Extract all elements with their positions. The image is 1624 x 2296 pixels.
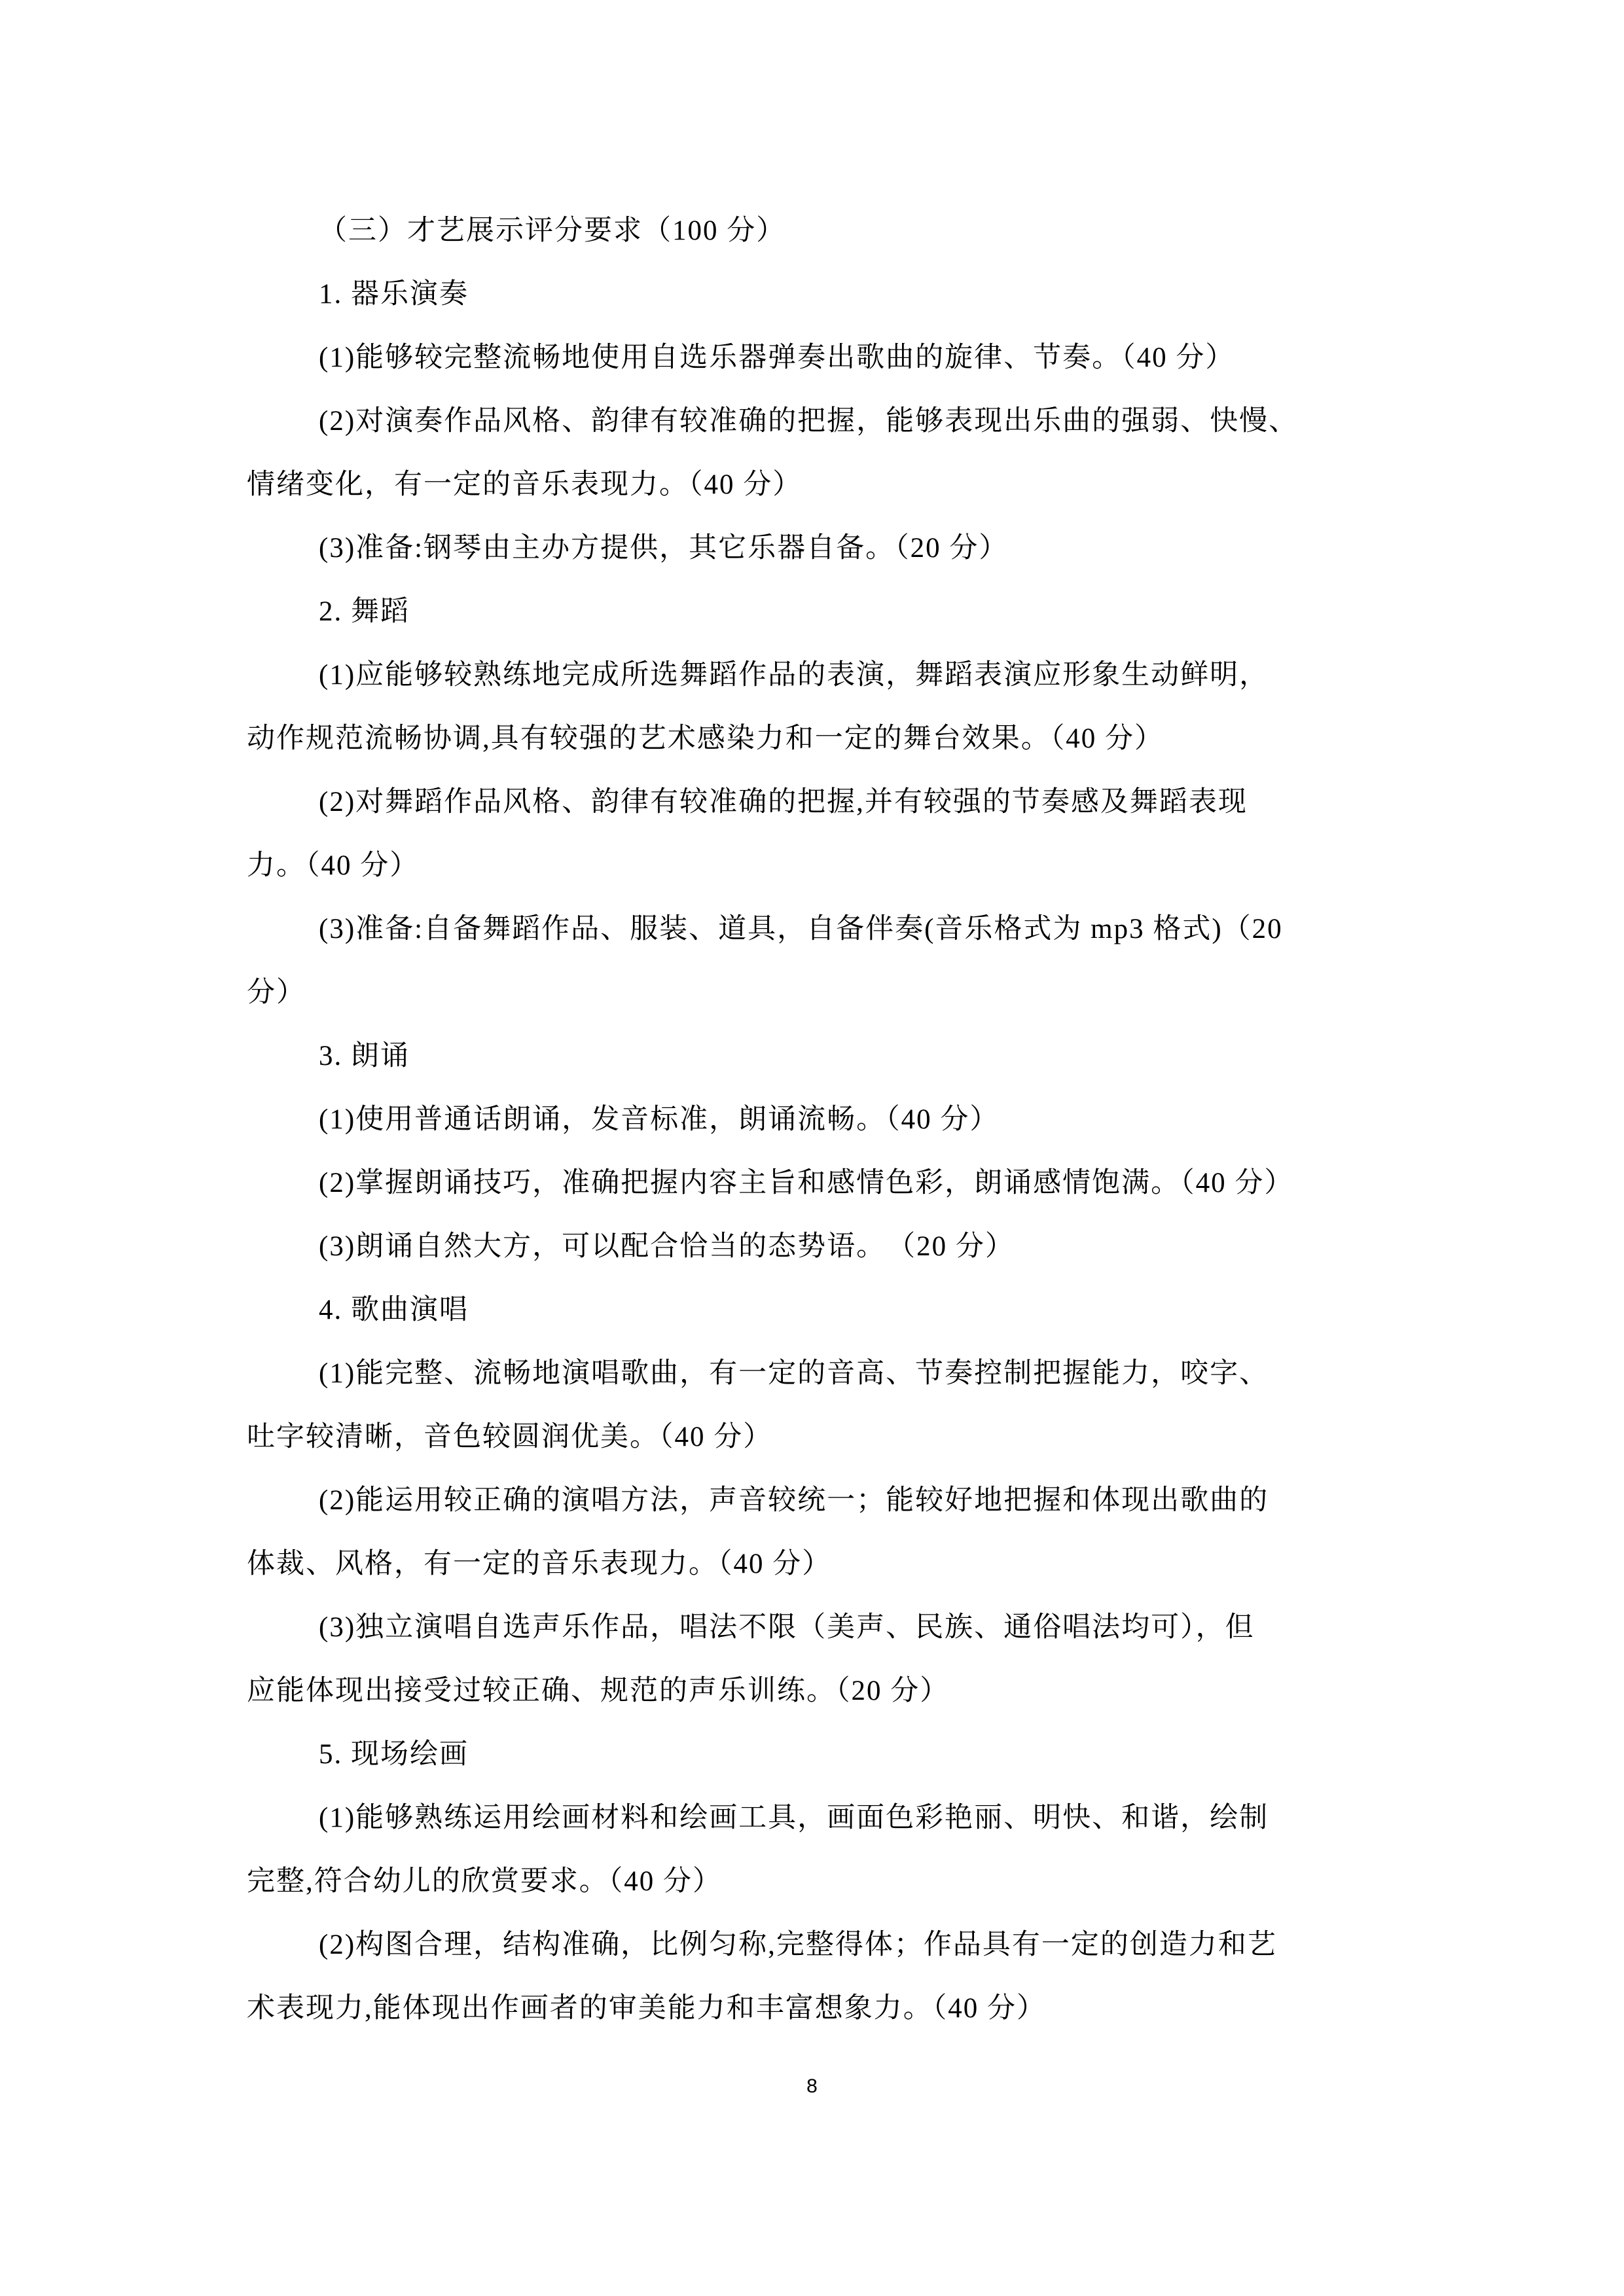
criterion-recitation-1: (1)使用普通话朗诵，发音标准，朗诵流畅。（40 分） xyxy=(319,1100,999,1139)
criterion-painting-1-line1: (1)能够熟练运用绘画材料和绘画工具，画面色彩艳丽、明快、和谐，绘制 xyxy=(319,1799,1269,1838)
criterion-dance-1-line1: (1)应能够较熟练地完成所选舞蹈作品的表演，舞蹈表演应形象生动鲜明， xyxy=(319,656,1269,695)
section-title: （三）才艺展示评分要求（100 分） xyxy=(319,211,785,251)
criterion-dance-2-line1: (2)对舞蹈作品风格、韵律有较准确的把握,并有较强的节奏感及舞蹈表现 xyxy=(319,783,1248,822)
subsection-heading-singing: 4. 歌曲演唱 xyxy=(319,1291,469,1330)
criterion-singing-2-line2: 体裁、风格，有一定的音乐表现力。（40 分） xyxy=(247,1545,831,1584)
subsection-heading-dance: 2. 舞蹈 xyxy=(319,592,410,632)
criterion-instrumental-2-line2: 情绪变化，有一定的音乐表现力。（40 分） xyxy=(247,465,802,505)
criterion-painting-2-line1: (2)构图合理，结构准确，比例匀称,完整得体；作品具有一定的创造力和艺 xyxy=(319,1926,1277,1965)
criterion-singing-3-line2: 应能体现出接受过较正确、规范的声乐训练。（20 分） xyxy=(247,1672,949,1711)
subsection-heading-painting: 5. 现场绘画 xyxy=(319,1735,469,1774)
criterion-dance-3-line1: (3)准备:自备舞蹈作品、服装、道具，自备伴奏(音乐格式为 mp3 格式)（20 xyxy=(319,910,1283,949)
subsection-heading-recitation: 3. 朗诵 xyxy=(319,1037,410,1076)
criterion-painting-1-line2: 完整,符合幼儿的欣赏要求。（40 分） xyxy=(247,1862,722,1901)
criterion-dance-1-line2: 动作规范流畅协调,具有较强的艺术感染力和一定的舞台效果。（40 分） xyxy=(247,719,1164,759)
subsection-heading-instrumental: 1. 器乐演奏 xyxy=(319,275,469,314)
criterion-recitation-2: (2)掌握朗诵技巧，准确把握内容主旨和感情色彩，朗诵感情饱满。（40 分） xyxy=(319,1164,1293,1203)
criterion-instrumental-2-line1: (2)对演奏作品风格、韵律有较准确的把握，能够表现出乐曲的强弱、快慢、 xyxy=(319,402,1298,441)
criterion-dance-3-line2: 分） xyxy=(247,973,306,1013)
criterion-singing-3-line1: (3)独立演唱自选声乐作品，唱法不限（美声、民族、通俗唱法均可），但 xyxy=(319,1608,1255,1647)
page-number: 8 xyxy=(0,2073,1624,2100)
criterion-singing-1-line1: (1)能完整、流畅地演唱歌曲，有一定的音高、节奏控制把握能力，咬字、 xyxy=(319,1354,1269,1393)
criterion-painting-2-line2: 术表现力,能体现出作画者的审美能力和丰富想象力。（40 分） xyxy=(247,1989,1046,2028)
document-page: （三）才艺展示评分要求（100 分） 1. 器乐演奏 (1)能够较完整流畅地使用… xyxy=(0,0,1624,2296)
criterion-instrumental-3: (3)准备:钢琴由主办方提供，其它乐器自备。（20 分） xyxy=(319,529,1008,568)
criterion-recitation-3: (3)朗诵自然大方，可以配合恰当的态势语。 （20 分） xyxy=(319,1227,1015,1266)
criterion-dance-2-line2: 力。（40 分） xyxy=(247,846,419,886)
criterion-singing-1-line2: 吐字较清晰，音色较圆润优美。（40 分） xyxy=(247,1418,772,1457)
criterion-singing-2-line1: (2)能运用较正确的演唱方法，声音较统一；能较好地把握和体现出歌曲的 xyxy=(319,1481,1269,1520)
criterion-instrumental-1: (1)能够较完整流畅地使用自选乐器弹奏出歌曲的旋律、节奏。（40 分） xyxy=(319,338,1235,378)
